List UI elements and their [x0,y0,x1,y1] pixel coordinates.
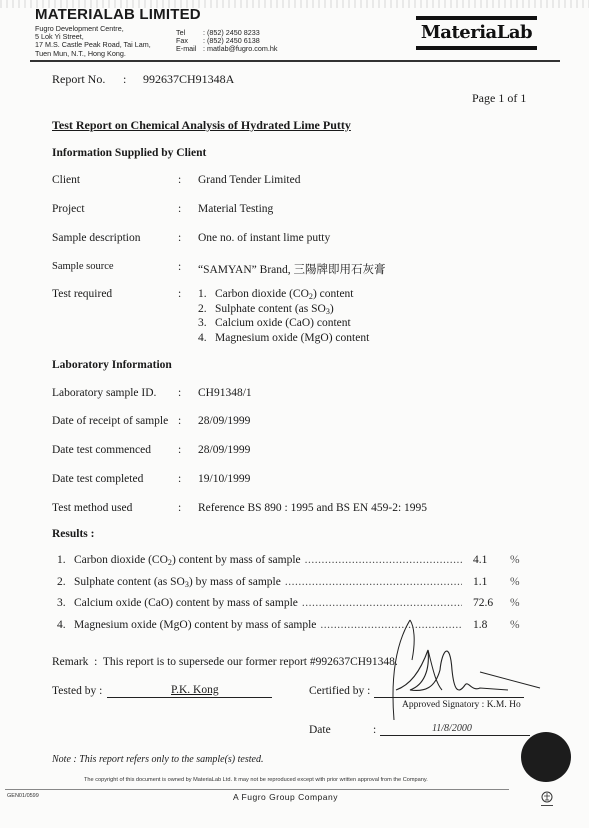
test-required-label: Test required [52,288,112,300]
dot-leader: ........................................… [305,554,462,566]
lab-info-heading: Laboratory Information [52,359,172,371]
header-divider [30,60,560,62]
field-value: One no. of instant lime putty [198,232,330,244]
colon: : [178,415,181,427]
materialab-logo: MateriaLab [416,16,537,50]
result-row: 3.Calcium oxide (CaO) content by mass of… [57,597,527,609]
result-row: 2.Sulphate content (as SO3) by mass of s… [57,576,527,588]
page-number: Page 1 of 1 [472,91,526,106]
footer-divider [5,789,509,790]
colon: : [178,174,181,186]
remark-text: This report is to supersede our former r… [103,656,398,668]
remark: Remark : This report is to supersede our… [52,656,398,668]
field-value: CH91348/1 [198,387,252,399]
field-value: 19/10/1999 [198,473,250,485]
company-contact: Tel: (852) 2450 8233 Fax: (852) 2450 613… [176,29,277,54]
colon: : [178,288,181,300]
field-label: Laboratory sample ID. [52,387,156,399]
result-value: 4.1 [473,554,487,566]
colon: : [178,203,181,215]
report-no-colon: : [123,72,126,87]
result-value: 1.1 [473,576,487,588]
logo-bar-top [416,16,537,20]
logo-bar-bottom [416,46,537,50]
field-value: Material Testing [198,203,273,215]
client-info-heading: Information Supplied by Client [52,147,206,159]
date-handwritten: 11/8/2000 [432,723,472,734]
field-value: 28/09/1999 [198,444,250,456]
field-value: Reference BS 890 : 1995 and BS EN 459-2:… [198,502,427,514]
date-line [380,735,530,736]
remark-colon: : [91,656,100,668]
address-line: Tuen Mun, N.T., Hong Kong. [35,50,151,58]
field-value: 28/09/1999 [198,415,250,427]
colon: : [178,232,181,244]
certified-by-label: Certified by : [309,685,370,697]
field-value: Grand Tender Limited [198,174,300,186]
report-no-label: Report No. [52,72,105,87]
tested-by-label: Tested by : [52,685,102,697]
colon: : [178,261,181,273]
result-unit: % [510,576,520,588]
form-code: GEN01/0599 [7,793,39,799]
ink-stamp [521,732,571,782]
field-value: “SAMYAN” Brand, 三陽牌即用石灰膏 [198,261,386,277]
copyright-text: The copyright of this document is owned … [84,777,428,783]
result-unit: % [510,597,520,609]
dot-leader: ........................................… [285,576,462,588]
result-label: 2.Sulphate content (as SO3) by mass of s… [57,576,281,588]
date-label: Date [309,724,331,736]
result-label: 3.Calcium oxide (CaO) content by mass of… [57,597,298,609]
logo-text: MateriaLab [416,22,537,43]
result-label: 1.Carbon dioxide (CO2) content by mass o… [57,554,301,566]
result-row: 1.Carbon dioxide (CO2) content by mass o… [57,554,527,566]
colon: : [178,387,181,399]
contact-label: E-mail [176,45,203,53]
result-unit: % [510,554,520,566]
certification-mark-icon [537,789,557,809]
colon: : [178,444,181,456]
footer-note: Note : This report refers only to the sa… [52,754,263,765]
tested-by-line [107,697,272,698]
result-label: 4.Magnesium oxide (MgO) content by mass … [57,619,316,631]
field-label: Sample description [52,232,140,244]
remark-label: Remark [52,656,88,668]
results-heading: Results : [52,528,95,540]
test-required-item: 2.Sulphate content (as SO3) [198,303,334,315]
fugro-group: A Fugro Group Company [233,792,338,802]
test-required-item: 4.Magnesium oxide (MgO) content [198,332,369,344]
company-name: MATERIALAB LIMITED [35,6,201,23]
date-colon: : [373,724,376,736]
tested-by-name: P.K. Kong [171,684,219,696]
signature-icon [380,610,550,740]
field-label: Test method used [52,502,132,514]
dot-leader: ........................................… [302,597,462,609]
field-label: Client [52,174,80,186]
field-label: Date test completed [52,473,143,485]
field-label: Project [52,203,85,215]
colon: : [178,502,181,514]
contact-email: E-mail: matlab@fugro.com.hk [176,45,277,53]
company-address: Fugro Development Centre, 5 Lok Yi Stree… [35,25,151,58]
result-value: 72.6 [473,597,493,609]
report-no: 992637CH91348A [143,72,234,87]
field-label: Sample source [52,261,114,272]
report-title: Test Report on Chemical Analysis of Hydr… [52,118,351,133]
colon: : [178,473,181,485]
test-required-item: 1.Carbon dioxide (CO2) content [198,288,354,300]
contact-value: : matlab@fugro.com.hk [203,44,277,53]
field-label: Date of receipt of sample [52,415,168,427]
test-required-item: 3.Calcium oxide (CaO) content [198,317,351,329]
field-label: Date test commenced [52,444,151,456]
